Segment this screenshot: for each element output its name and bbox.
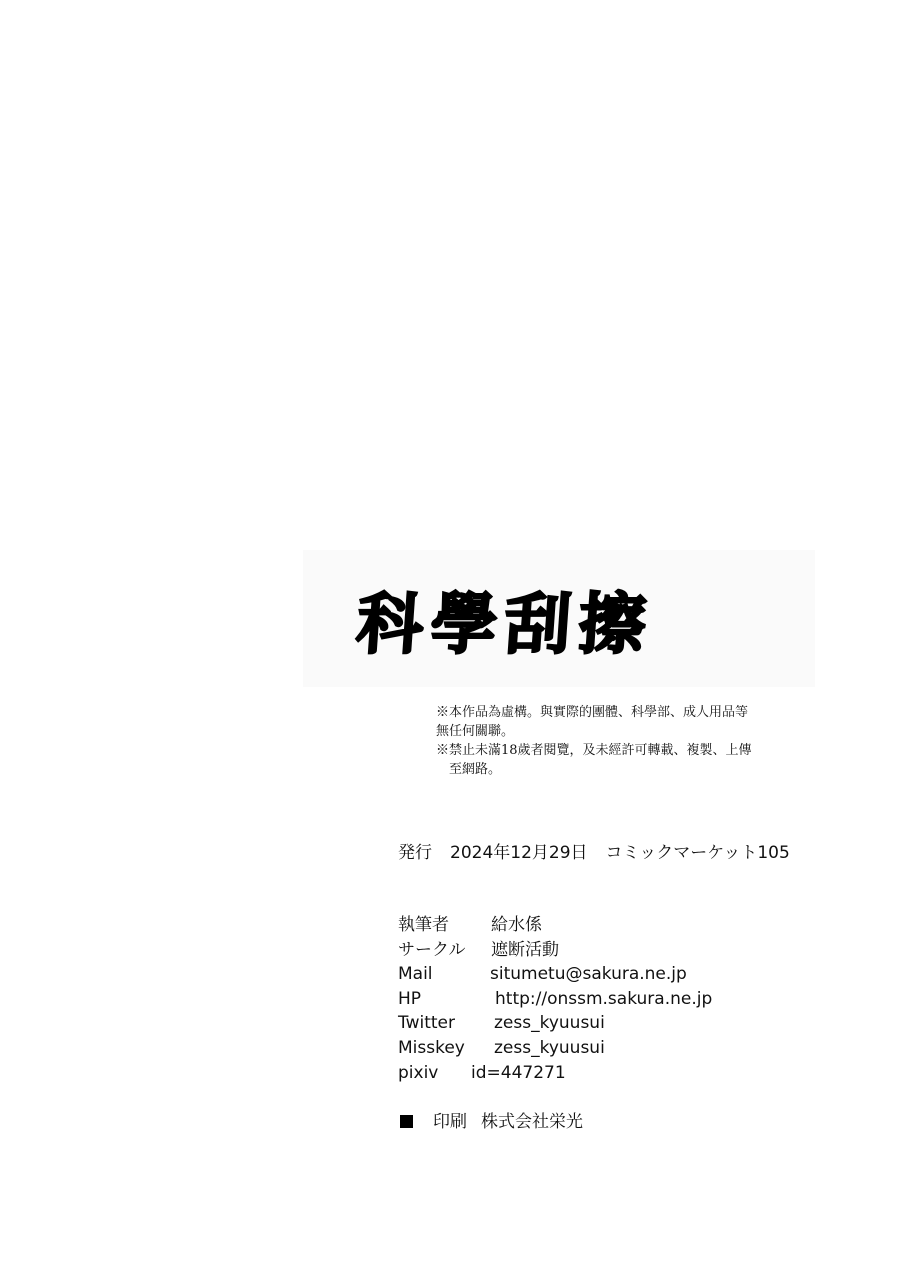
twitter-handle: zess_kyuusui [494,1011,605,1036]
disclaimer-notice: ※本作品為虛構。與實際的團體、科學部、成人用品等 無任何關聯。 ※禁止未滿18歲… [436,703,826,779]
publication-event: コミックマーケット105 [606,843,790,863]
disclaimer-line: ※本作品為虛構。與實際的團體、科學部、成人用品等 [436,703,826,722]
black-square-icon [400,1115,413,1128]
disclaimer-line: ※禁止未滿18歲者閱覽，及未經許可轉載、複製、上傳 [436,741,826,760]
homepage-link[interactable]: http://onssm.sakura.ne.jp [495,987,712,1012]
printer-label: 印刷 [433,1112,467,1132]
mail-link[interactable]: situmetu@sakura.ne.jp [490,962,687,987]
credit-label: Twitter [398,1011,455,1036]
credit-label: サークル [398,938,466,963]
credit-label: HP [398,987,421,1012]
disclaimer-line: 至網路。 [436,760,826,779]
publication-date: 2024年12月29日 [450,843,588,863]
credit-label: 執筆者 [398,913,449,938]
credit-value: 給水係 [491,913,542,938]
publication-info: 発行2024年12月29日コミックマーケット105 [398,842,790,864]
printer-info: 印刷株式会社栄光 [400,1111,583,1133]
credit-value: 遮断活動 [491,938,559,963]
pixiv-id: id=447271 [471,1061,566,1086]
book-title: 科學刮擦 [354,588,655,660]
publication-label: 発行 [398,843,432,863]
title-banner: 科學刮擦 [303,550,815,687]
credit-label: pixiv [398,1061,438,1086]
credit-label: Mail [398,962,433,987]
disclaimer-line: 無任何關聯。 [436,722,826,741]
credit-label: Misskey [398,1036,465,1061]
misskey-handle: zess_kyuusui [494,1036,605,1061]
printer-value: 株式会社栄光 [481,1112,583,1132]
